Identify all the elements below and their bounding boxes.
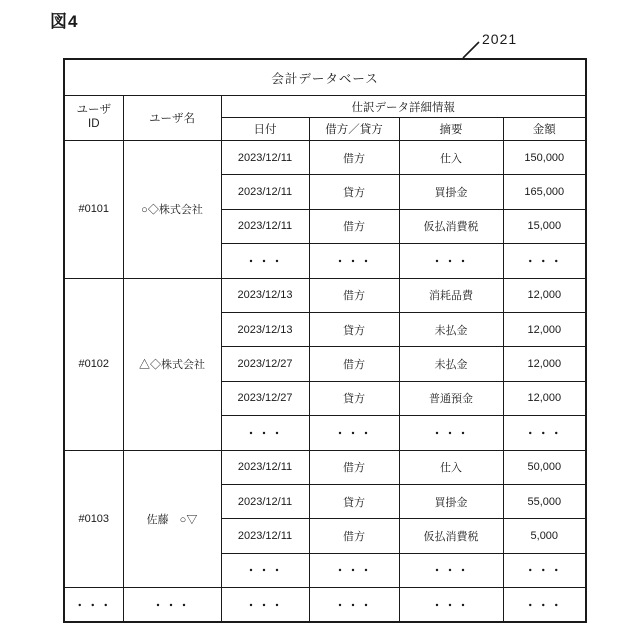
reference-number: 2021: [482, 31, 517, 47]
cell-summary: 買掛金: [399, 484, 503, 518]
cell-date: 2023/12/11: [221, 484, 309, 518]
col-header-date: 日付: [221, 118, 309, 141]
cell-debit-credit: 借方: [309, 278, 399, 312]
cell-ellipsis: ・・・: [221, 416, 309, 450]
cell-date: 2023/12/11: [221, 175, 309, 209]
cell-amount: 5,000: [503, 519, 586, 553]
cell-ellipsis: ・・・: [399, 553, 503, 587]
cell-summary: 消耗品費: [399, 278, 503, 312]
table-header-row-1: ユーザ ID ユーザ名 仕訳データ詳細情報: [64, 96, 586, 118]
cell-user-name: △◇株式会社: [123, 278, 221, 450]
cell-date: 2023/12/27: [221, 347, 309, 381]
cell-ellipsis: ・・・: [309, 553, 399, 587]
col-header-journal-detail: 仕訳データ詳細情報: [221, 96, 586, 118]
cell-debit-credit: 貸方: [309, 484, 399, 518]
cell-date: 2023/12/13: [221, 278, 309, 312]
cell-ellipsis: ・・・: [503, 416, 586, 450]
accounting-database-table: 会計データベース ユーザ ID ユーザ名 仕訳データ詳細情報 日付 借方／貸方 …: [63, 58, 587, 623]
col-header-amount: 金額: [503, 118, 586, 141]
cell-debit-credit: 貸方: [309, 175, 399, 209]
reference-leader-line: [458, 38, 484, 60]
cell-user-id: #0102: [64, 278, 123, 450]
cell-date: 2023/12/11: [221, 450, 309, 484]
cell-user-name: 佐藤 ○▽: [123, 450, 221, 588]
cell-amount: 50,000: [503, 450, 586, 484]
figure-label: 図4: [50, 7, 78, 32]
cell-amount: 55,000: [503, 484, 586, 518]
cell-ellipsis: ・・・: [64, 588, 123, 623]
cell-user-id: #0101: [64, 141, 123, 279]
cell-debit-credit: 借方: [309, 141, 399, 175]
cell-ellipsis: ・・・: [503, 244, 586, 278]
cell-ellipsis: ・・・: [221, 244, 309, 278]
col-header-user-id-line1: ユーザ: [77, 104, 112, 116]
cell-summary: 仮払消費税: [399, 519, 503, 553]
cell-summary: 買掛金: [399, 175, 503, 209]
cell-date: 2023/12/11: [221, 141, 309, 175]
cell-date: 2023/12/11: [221, 209, 309, 243]
cell-summary: 未払金: [399, 347, 503, 381]
cell-ellipsis: ・・・: [221, 588, 309, 623]
cell-user-name: ○◇株式会社: [123, 141, 221, 279]
cell-ellipsis: ・・・: [309, 416, 399, 450]
cell-debit-credit: 貸方: [309, 312, 399, 346]
cell-amount: 15,000: [503, 209, 586, 243]
table-ellipsis-row: ・・・ ・・・ ・・・ ・・・ ・・・ ・・・: [64, 588, 586, 623]
cell-ellipsis: ・・・: [399, 416, 503, 450]
table-title: 会計データベース: [64, 59, 586, 96]
cell-summary: 仕入: [399, 141, 503, 175]
col-header-user-name: ユーザ名: [123, 96, 221, 141]
table-title-row: 会計データベース: [64, 59, 586, 96]
cell-amount: 12,000: [503, 278, 586, 312]
cell-debit-credit: 借方: [309, 209, 399, 243]
cell-summary: 未払金: [399, 312, 503, 346]
cell-amount: 12,000: [503, 347, 586, 381]
cell-ellipsis: ・・・: [399, 588, 503, 623]
cell-date: 2023/12/13: [221, 312, 309, 346]
cell-ellipsis: ・・・: [221, 553, 309, 587]
col-header-user-id-line2: ID: [88, 118, 100, 130]
cell-debit-credit: 借方: [309, 450, 399, 484]
cell-ellipsis: ・・・: [123, 588, 221, 623]
cell-ellipsis: ・・・: [503, 553, 586, 587]
cell-amount: 165,000: [503, 175, 586, 209]
journal-row: #0101 ○◇株式会社 2023/12/11 借方 仕入 150,000: [64, 141, 586, 175]
cell-ellipsis: ・・・: [309, 244, 399, 278]
journal-row: #0102 △◇株式会社 2023/12/13 借方 消耗品費 12,000: [64, 278, 586, 312]
cell-debit-credit: 借方: [309, 347, 399, 381]
col-header-debit-credit: 借方／貸方: [309, 118, 399, 141]
cell-amount: 150,000: [503, 141, 586, 175]
cell-debit-credit: 借方: [309, 519, 399, 553]
cell-ellipsis: ・・・: [309, 588, 399, 623]
cell-summary: 仕入: [399, 450, 503, 484]
cell-summary: 仮払消費税: [399, 209, 503, 243]
cell-ellipsis: ・・・: [503, 588, 586, 623]
patent-figure-page: { "figure": { "label": "図4", "reference_…: [0, 0, 640, 640]
col-header-summary: 摘要: [399, 118, 503, 141]
cell-ellipsis: ・・・: [399, 244, 503, 278]
col-header-user-id: ユーザ ID: [64, 96, 123, 141]
cell-debit-credit: 貸方: [309, 381, 399, 415]
cell-date: 2023/12/11: [221, 519, 309, 553]
cell-amount: 12,000: [503, 381, 586, 415]
cell-date: 2023/12/27: [221, 381, 309, 415]
cell-summary: 普通預金: [399, 381, 503, 415]
journal-row: #0103 佐藤 ○▽ 2023/12/11 借方 仕入 50,000: [64, 450, 586, 484]
cell-amount: 12,000: [503, 312, 586, 346]
cell-user-id: #0103: [64, 450, 123, 588]
